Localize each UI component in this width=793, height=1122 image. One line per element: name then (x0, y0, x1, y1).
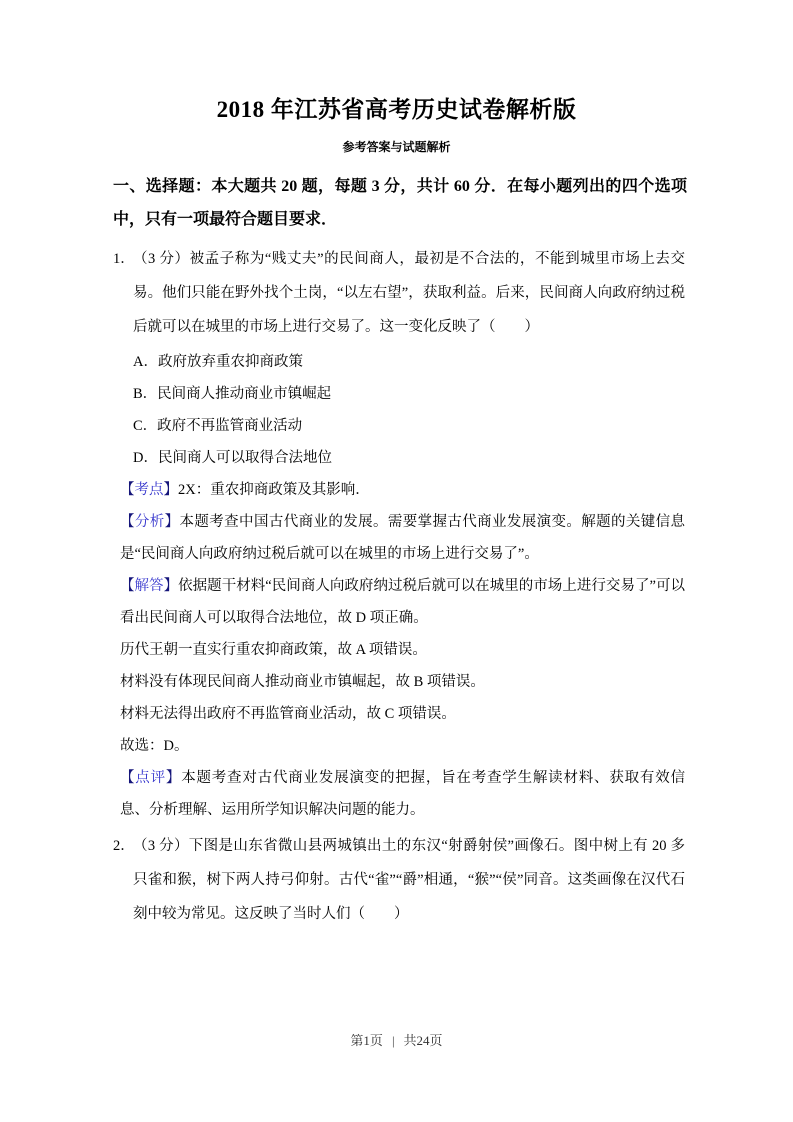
jieda-text-1: 依据题干材料“民间商人向政府纳过税后就可以在城里的市场上进行交易了”可以看出民间… (120, 578, 685, 626)
footer-separator: | (392, 1033, 395, 1048)
label-bracket-open: 【 (120, 770, 135, 786)
option-d: D．民间商人可以取得合法地位 (133, 442, 685, 474)
label-bracket-open: 【 (120, 482, 135, 498)
question-1-analysis: 【考点】2X：重农抑商政策及其影响． 【分析】本题考查中国古代商业的发展。需要掌… (120, 474, 685, 826)
fenxi-text: 本题考查中国古代商业的发展。需要掌握古代商业发展演变。解题的关键信息是“民间商人… (120, 514, 685, 562)
question-2-stem: （3 分）下图是山东省微山县两城镇出土的东汉“射爵射侯”画像石。图中树上有 20… (133, 829, 685, 931)
label-bracket-close: 】 (164, 578, 179, 594)
analysis-block-kaodian: 【考点】2X：重农抑商政策及其影响． (120, 474, 685, 506)
question-1: 1． （3 分）被孟子称为“贱丈夫”的民间商人，最初是不合法的，不能到城里市场上… (113, 242, 685, 344)
question-2-number: 2． (113, 829, 135, 863)
doc-subtitle: 参考答案与试题解析 (0, 138, 793, 155)
dianping-label: 点评 (135, 770, 166, 786)
option-b: B．民间商人推动商业市镇崛起 (133, 378, 685, 410)
dianping-text: 本题考查对古代商业发展演变的把握，旨在考查学生解读材料、获取有效信息、分析理解、… (120, 770, 685, 818)
jieda-text-3: 材料没有体现民间商人推动商业市镇崛起，故 B 项错误。 (120, 666, 685, 698)
option-a: A．政府放弃重农抑商政策 (133, 346, 685, 378)
jieda-label: 解答 (135, 578, 164, 594)
jieda-text-4: 材料无法得出政府不再监管商业活动，故 C 项错误。 (120, 698, 685, 730)
answer-choice: 故选：D。 (120, 730, 685, 762)
section-heading: 一、选择题：本大题共 20 题，每题 3 分，共计 60 分．在每小题列出的四个… (113, 170, 687, 236)
option-c: C．政府不再监管商业活动 (133, 410, 685, 442)
fenxi-label: 分析 (135, 514, 165, 530)
question-1-number: 1． (113, 242, 135, 276)
page-footer: 第1页|共24页 (0, 1030, 793, 1049)
analysis-block-fenxi: 【分析】本题考查中国古代商业的发展。需要掌握古代商业发展演变。解题的关键信息是“… (120, 506, 685, 570)
label-bracket-close: 】 (165, 514, 180, 530)
jieda-text-2: 历代王朝一直实行重农抑商政策，故 A 项错误。 (120, 634, 685, 666)
document-page: 2018 年江苏省高考历史试卷解析版 参考答案与试题解析 一、选择题：本大题共 … (0, 0, 793, 1122)
label-bracket-close: 】 (164, 482, 179, 498)
kaodian-text: 2X：重农抑商政策及其影响． (178, 482, 370, 498)
kaodian-label: 考点 (135, 482, 164, 498)
analysis-block-dianping: 【点评】本题考查对古代商业发展演变的把握，旨在考查学生解读材料、获取有效信息、分… (120, 762, 685, 826)
question-1-stem: （3 分）被孟子称为“贱丈夫”的民间商人，最初是不合法的，不能到城里市场上去交易… (133, 242, 685, 344)
footer-total-pages: 共24页 (404, 1033, 443, 1048)
footer-page-number: 第1页 (350, 1033, 383, 1048)
question-1-options: A．政府放弃重农抑商政策 B．民间商人推动商业市镇崛起 C．政府不再监管商业活动… (133, 346, 685, 474)
label-bracket-open: 【 (120, 514, 135, 530)
question-2: 2． （3 分）下图是山东省微山县两城镇出土的东汉“射爵射侯”画像石。图中树上有… (113, 829, 685, 931)
label-bracket-open: 【 (120, 578, 135, 594)
label-bracket-close: 】 (166, 770, 181, 786)
doc-title: 2018 年江苏省高考历史试卷解析版 (0, 94, 793, 126)
analysis-block-jieda: 【解答】依据题干材料“民间商人向政府纳过税后就可以在城里的市场上进行交易了”可以… (120, 570, 685, 762)
